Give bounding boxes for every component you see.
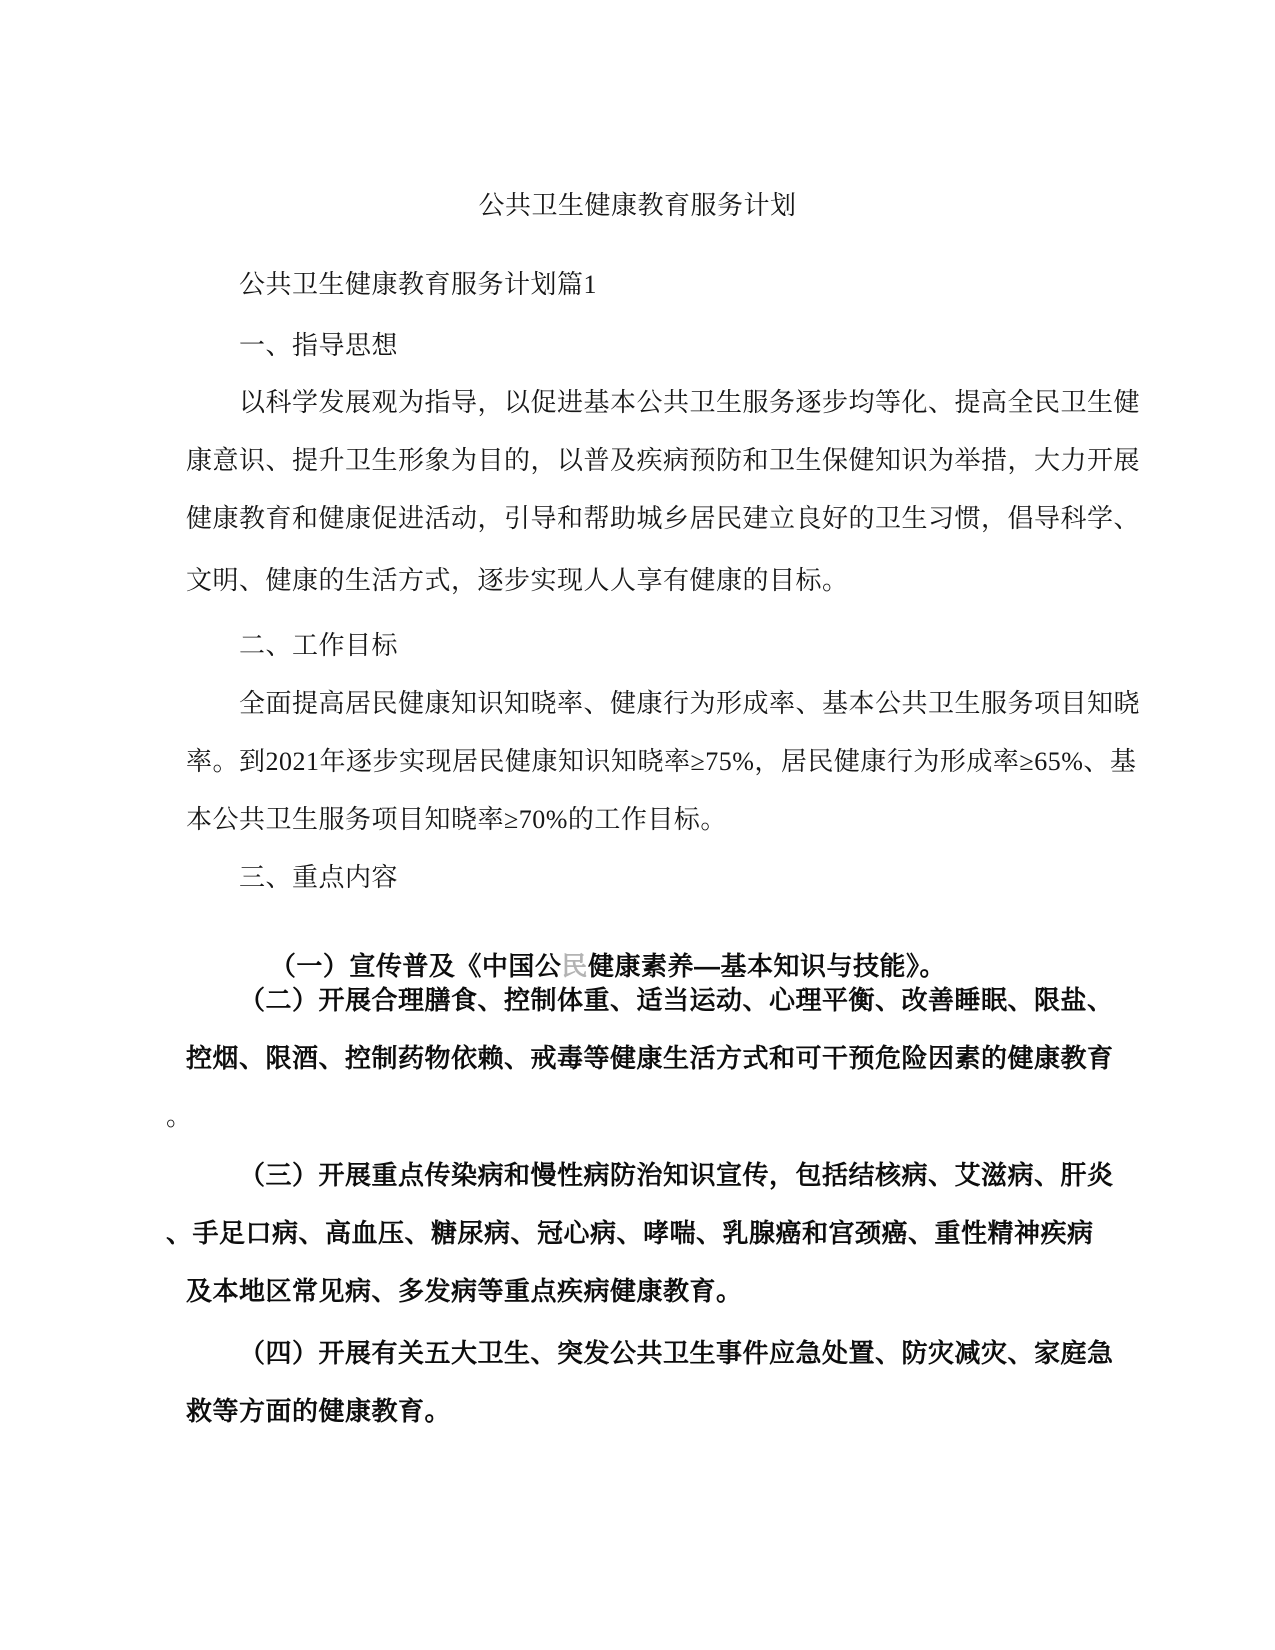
item-2-line-2: 控烟、限酒、控制药物依赖、戒毒等健康生活方式和可干预危险因素的健康教育 [186, 1043, 1114, 1073]
item-3-line-1: （三）开展重点传染病和慢性病防治知识宣传，包括结核病、艾滋病、肝炎 [239, 1160, 1114, 1190]
item-4-line-2: 救等方面的健康教育。 [186, 1396, 451, 1426]
para-1-line-4: 文明、健康的生活方式，逐步实现人人享有健康的目标。 [186, 566, 849, 596]
item-1-text-pre: （一）宣传普及《中国公 [270, 951, 562, 981]
heading-work-goals: 二、工作目标 [239, 631, 398, 661]
para-2-line-1: 全面提高居民健康知识知晓率、健康行为形成率、基本公共卫生服务项目知晓 [239, 689, 1140, 719]
doc-title: 公共卫生健康教育服务计划 [0, 191, 1275, 221]
item-2-period-line: 。 [166, 1102, 193, 1132]
heading-key-content: 三、重点内容 [239, 863, 398, 893]
item-1-text-post: 健康素养—基本知识与技能》。 [588, 951, 946, 981]
item-2-line-1: （二）开展合理膳食、控制体重、适当运动、心理平衡、改善睡眠、限盐、 [239, 985, 1114, 1015]
item-3-line-3: 及本地区常见病、多发病等重点疾病健康教育。 [186, 1276, 743, 1306]
para-2-line-3: 本公共卫生服务项目知晓率≥70%的工作目标。 [186, 805, 727, 835]
para-1-line-1: 以科学发展观为指导，以促进基本公共卫生服务逐步均等化、提高全民卫生健 [239, 388, 1140, 418]
document-page: 公共卫生健康教育服务计划 公共卫生健康教育服务计划篇1 一、指导思想 以科学发展… [0, 0, 1275, 1650]
item-1-faded-char: 民 [561, 951, 588, 981]
doc-subtitle: 公共卫生健康教育服务计划篇1 [239, 270, 597, 300]
item-4-line-1: （四）开展有关五大卫生、突发公共卫生事件应急处置、防灾减灾、家庭急 [239, 1338, 1114, 1368]
item-3-line-2: 、手足口病、高血压、糖尿病、冠心病、哮喘、乳腺癌和宫颈癌、重性精神疾病 [166, 1218, 1094, 1248]
para-1-line-2: 康意识、提升卫生形象为目的，以普及疾病预防和卫生保健知识为举措，大力开展 [186, 446, 1140, 476]
heading-guiding-ideology: 一、指导思想 [239, 331, 398, 361]
para-2-line-2: 率。到2021年逐步实现居民健康知识知晓率≥75%，居民健康行为形成率≥65%、… [186, 747, 1136, 777]
para-1-line-3: 健康教育和健康促进活动，引导和帮助城乡居民建立良好的卫生习惯，倡导科学、 [186, 504, 1140, 534]
